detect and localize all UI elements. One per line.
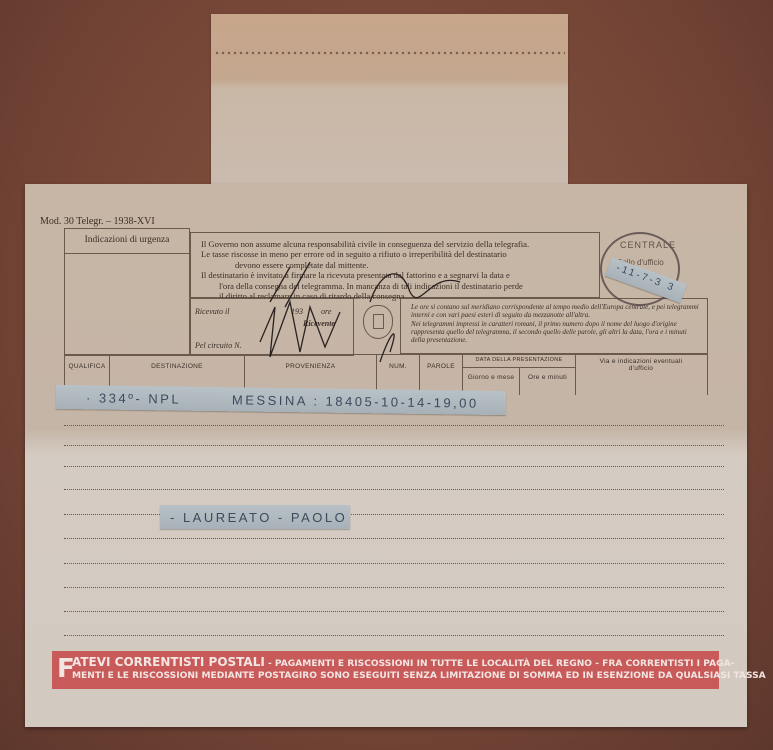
- handwritten-signature: [230, 262, 480, 372]
- origin-info: MESSINA : 18405-10-14-19,00: [232, 392, 479, 410]
- divider: [65, 253, 189, 254]
- ruled-line: [64, 538, 724, 539]
- promo-banner: F ATEVI CORRENTISTI POSTALI - PAGAMENTI …: [52, 651, 719, 689]
- ruled-line: [64, 425, 724, 426]
- ruled-line: [64, 466, 724, 467]
- recipient-tape: - LAUREATO - PAOLO: [160, 505, 350, 529]
- telegram-code: · 334º- NPL: [86, 390, 181, 406]
- banner-line1: - PAGAMENTI E RISCOSSIONI IN TUTTE LE LO…: [265, 659, 735, 669]
- notice-line: Le tasse riscosse in meno per errore od …: [201, 249, 591, 259]
- ruled-line: [64, 445, 724, 446]
- envelope-flap: [211, 14, 568, 200]
- ruled-line: [64, 563, 724, 564]
- ruled-line: [64, 489, 724, 490]
- urgency-box: Indicazioni di urgenza: [64, 228, 190, 356]
- col-via: Via e indicazioni eventuali d'ufficio: [576, 355, 706, 395]
- ruled-line: [64, 587, 724, 588]
- banner-title: ATEVI CORRENTISTI POSTALI: [72, 655, 265, 669]
- received-label: Ricevuto il: [195, 307, 229, 316]
- urgency-header: Indicazioni di urgenza: [65, 235, 189, 245]
- ruled-line: [64, 611, 724, 612]
- recipient-name: - LAUREATO - PAOLO: [170, 510, 347, 525]
- notice-line: Il Governo non assume alcuna responsabil…: [201, 239, 591, 249]
- model-label: Mod. 30 Telegr. – 1938-XVI: [40, 216, 155, 227]
- stamp-top-text: CENTRALE: [620, 240, 676, 250]
- banner-line2: MENTI E LE RISCOSSIONI MEDIANTE POSTAGIR…: [72, 669, 766, 683]
- ruled-line: [64, 635, 724, 636]
- perforation-line: [214, 51, 565, 55]
